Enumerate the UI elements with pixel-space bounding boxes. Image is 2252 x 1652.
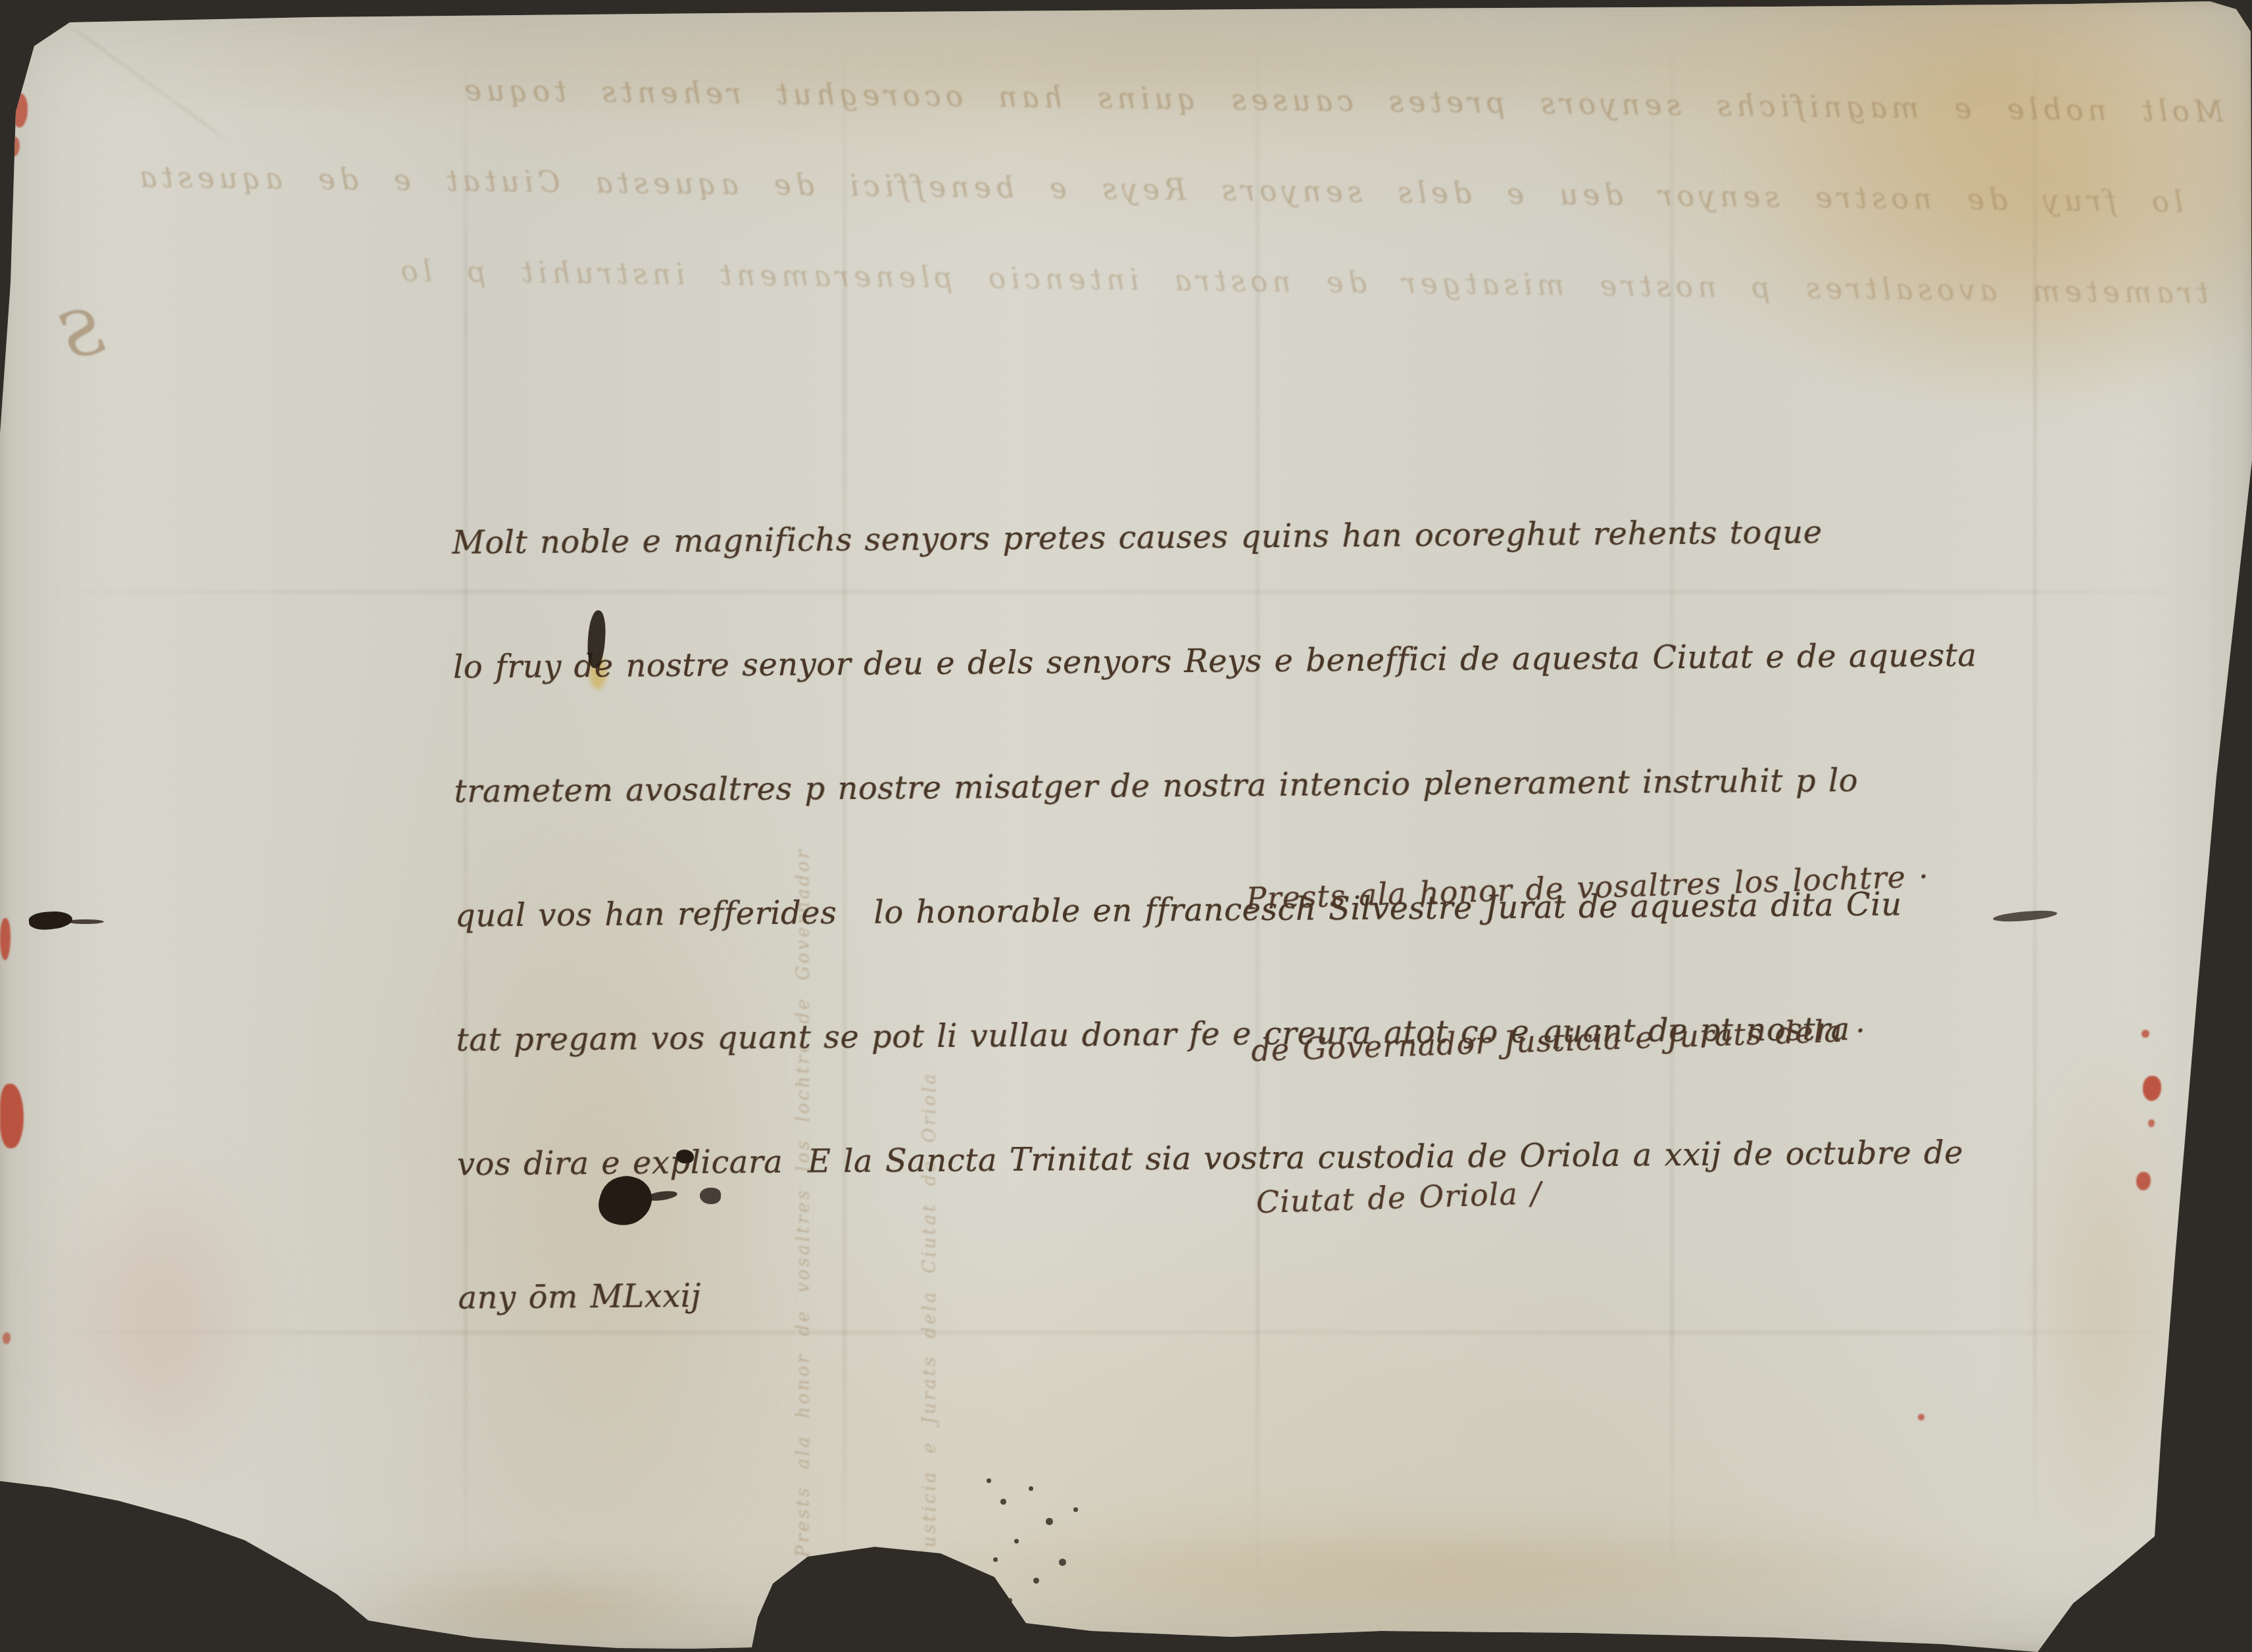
- stain-pink-lower-left: [39, 1138, 276, 1506]
- wax-mark: [0, 918, 11, 960]
- letter-line: Molt noble e magnifichs senyors pretes c…: [452, 511, 1919, 564]
- letter-line: lo fruy de nostre senyor deu e dels seny…: [453, 635, 1920, 689]
- wax-mark: [2136, 1172, 2151, 1190]
- stain-bottom-band: [908, 1506, 2026, 1638]
- ink-speckles: [987, 1478, 991, 1483]
- showthrough-flourish: S: [53, 293, 111, 374]
- wax-mark: [8, 55, 23, 78]
- showthrough-line: trametem avosaltres p nostre misatger de…: [64, 253, 2222, 309]
- parchment-sheet: Molt noble e magnifichs senyors pretes c…: [0, 0, 2252, 1652]
- wax-mark: [8, 137, 20, 157]
- signature-block: Prests ala honor de vosaltres los lochtr…: [1242, 751, 1918, 1330]
- signature-line: Ciutat de Oriola /: [1256, 1155, 1915, 1228]
- ink-squiggle-right: [1993, 909, 2058, 923]
- showthrough-line: Molt noble e magnifichs senyors pretes c…: [66, 71, 2224, 128]
- signature-line: de Governador Justicia e Jurats dela ·: [1250, 1004, 1909, 1076]
- ink-mark-left: [28, 910, 73, 932]
- signature-line: Prests ala honor de vosaltres los lochtr…: [1245, 852, 1904, 925]
- scanned-manuscript-letter: Molt noble e magnifichs senyors pretes c…: [0, 0, 2252, 1652]
- wax-mark: [2142, 1030, 2149, 1038]
- wax-mark: [1918, 1414, 1924, 1421]
- ink-mark-left-tail: [67, 919, 104, 924]
- wax-mark: [12, 93, 28, 128]
- wax-mark: [3, 1332, 11, 1344]
- wax-mark: [2148, 1119, 2155, 1127]
- stain-right-column: [2013, 1026, 2197, 1591]
- wax-mark: [0, 1084, 24, 1148]
- verso-showthrough-text: Molt noble e magnifichs senyors pretes c…: [64, 11, 2225, 313]
- stain-bottom-left: [355, 1559, 737, 1651]
- showthrough-line: lo fruy de nostre senyor deu e dels seny…: [65, 162, 2222, 218]
- wax-mark: [2143, 1076, 2161, 1101]
